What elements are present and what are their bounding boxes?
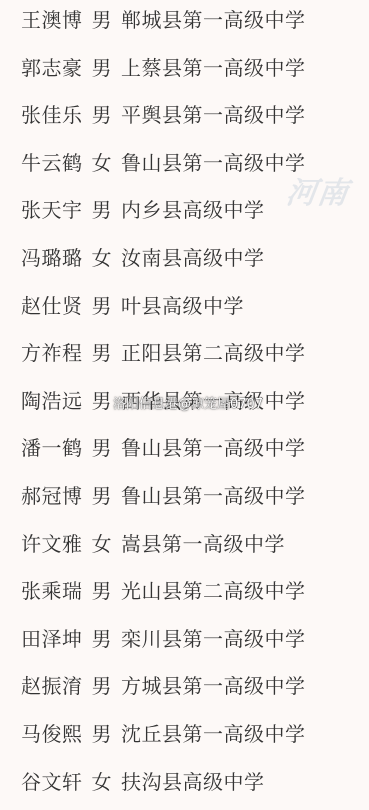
list-item: 张天宇男内乡县高级中学: [21, 194, 306, 242]
list-item: 郭志豪男上蔡县第一高级中学: [21, 52, 306, 100]
list-item: 许文雅女嵩县第一高级中学: [21, 528, 306, 576]
student-school: 鲁山县第一高级中学: [121, 147, 306, 179]
student-name: 郝冠博: [21, 480, 83, 512]
list-item: 田泽坤男栾川县第一高级中学: [21, 623, 306, 671]
list-item: 潘一鹤男鲁山县第一高级中学: [21, 432, 306, 480]
student-name: 赵振淯: [21, 670, 83, 702]
student-gender: 男: [92, 4, 113, 36]
student-name: 潘一鹤: [21, 432, 83, 464]
student-school: 上蔡县第一高级中学: [121, 52, 306, 84]
student-gender: 男: [92, 290, 113, 322]
student-school: 鲁山县第一高级中学: [121, 480, 306, 512]
student-school: 方城县第一高级中学: [121, 670, 306, 702]
list-item: 郝冠博男鲁山县第一高级中学: [21, 480, 306, 528]
list-item: 王澳博男郸城县第一高级中学: [21, 4, 306, 52]
student-name: 方祚程: [21, 337, 83, 369]
student-name: 谷文轩: [21, 766, 83, 798]
list-item: 牛云鹤女鲁山县第一高级中学: [21, 147, 306, 195]
student-gender: 女: [92, 147, 113, 179]
student-name: 张佳乐: [21, 99, 83, 131]
list-item: 张佳乐男平舆县第一高级中学: [21, 99, 306, 147]
student-gender: 女: [92, 766, 113, 798]
list-item: 方祚程男正阳县第二高级中学: [21, 337, 306, 385]
student-school: 西华县第一高级中学: [121, 385, 306, 417]
student-school: 叶县高级中学: [121, 290, 244, 322]
student-name: 许文雅: [21, 528, 83, 560]
student-name: 马俊熙: [21, 718, 83, 750]
student-school: 正阳县第二高级中学: [121, 337, 306, 369]
student-name: 张乘瑞: [21, 575, 83, 607]
student-gender: 女: [92, 528, 113, 560]
student-gender: 男: [92, 432, 113, 464]
student-gender: 男: [92, 194, 113, 226]
student-name: 张天宇: [21, 194, 83, 226]
list-item: 陶浩远男西华县第一高级中学: [21, 385, 306, 433]
student-name: 田泽坤: [21, 623, 83, 655]
student-gender: 男: [92, 575, 113, 607]
student-name: 王澳博: [21, 4, 83, 36]
list-item: 赵振淯男方城县第一高级中学: [21, 670, 306, 718]
student-school: 郸城县第一高级中学: [121, 4, 306, 36]
student-school: 光山县第二高级中学: [121, 575, 306, 607]
list-item: 冯璐璐女汝南县高级中学: [21, 242, 306, 290]
student-school: 扶沟县高级中学: [121, 766, 265, 798]
student-gender: 男: [92, 337, 113, 369]
student-school: 嵩县第一高级中学: [121, 528, 285, 560]
student-school: 沈丘县第一高级中学: [121, 718, 306, 750]
student-gender: 女: [92, 242, 113, 274]
list-item: 赵仕贤男叶县高级中学: [21, 290, 306, 338]
student-gender: 男: [92, 718, 113, 750]
student-gender: 男: [92, 52, 113, 84]
student-school: 平舆县第一高级中学: [121, 99, 306, 131]
student-gender: 男: [92, 480, 113, 512]
student-school: 鲁山县第一高级中学: [121, 432, 306, 464]
student-school: 汝南县高级中学: [121, 242, 265, 274]
list-item: 谷文轩女扶沟县高级中学: [21, 766, 306, 810]
student-list: 王澳博男郸城县第一高级中学 郭志豪男上蔡县第一高级中学 张佳乐男平舆县第一高级中…: [21, 4, 306, 810]
student-gender: 男: [92, 670, 113, 702]
student-name: 赵仕贤: [21, 290, 83, 322]
student-name: 郭志豪: [21, 52, 83, 84]
student-gender: 男: [92, 99, 113, 131]
student-school: 内乡县高级中学: [121, 194, 265, 226]
student-school: 栾川县第一高级中学: [121, 623, 306, 655]
student-gender: 男: [92, 385, 113, 417]
student-name: 冯璐璐: [21, 242, 83, 274]
student-name: 牛云鹤: [21, 147, 83, 179]
list-item: 张乘瑞男光山县第二高级中学: [21, 575, 306, 623]
student-name: 陶浩远: [21, 385, 83, 417]
list-item: 马俊熙男沈丘县第一高级中学: [21, 718, 306, 766]
student-gender: 男: [92, 623, 113, 655]
